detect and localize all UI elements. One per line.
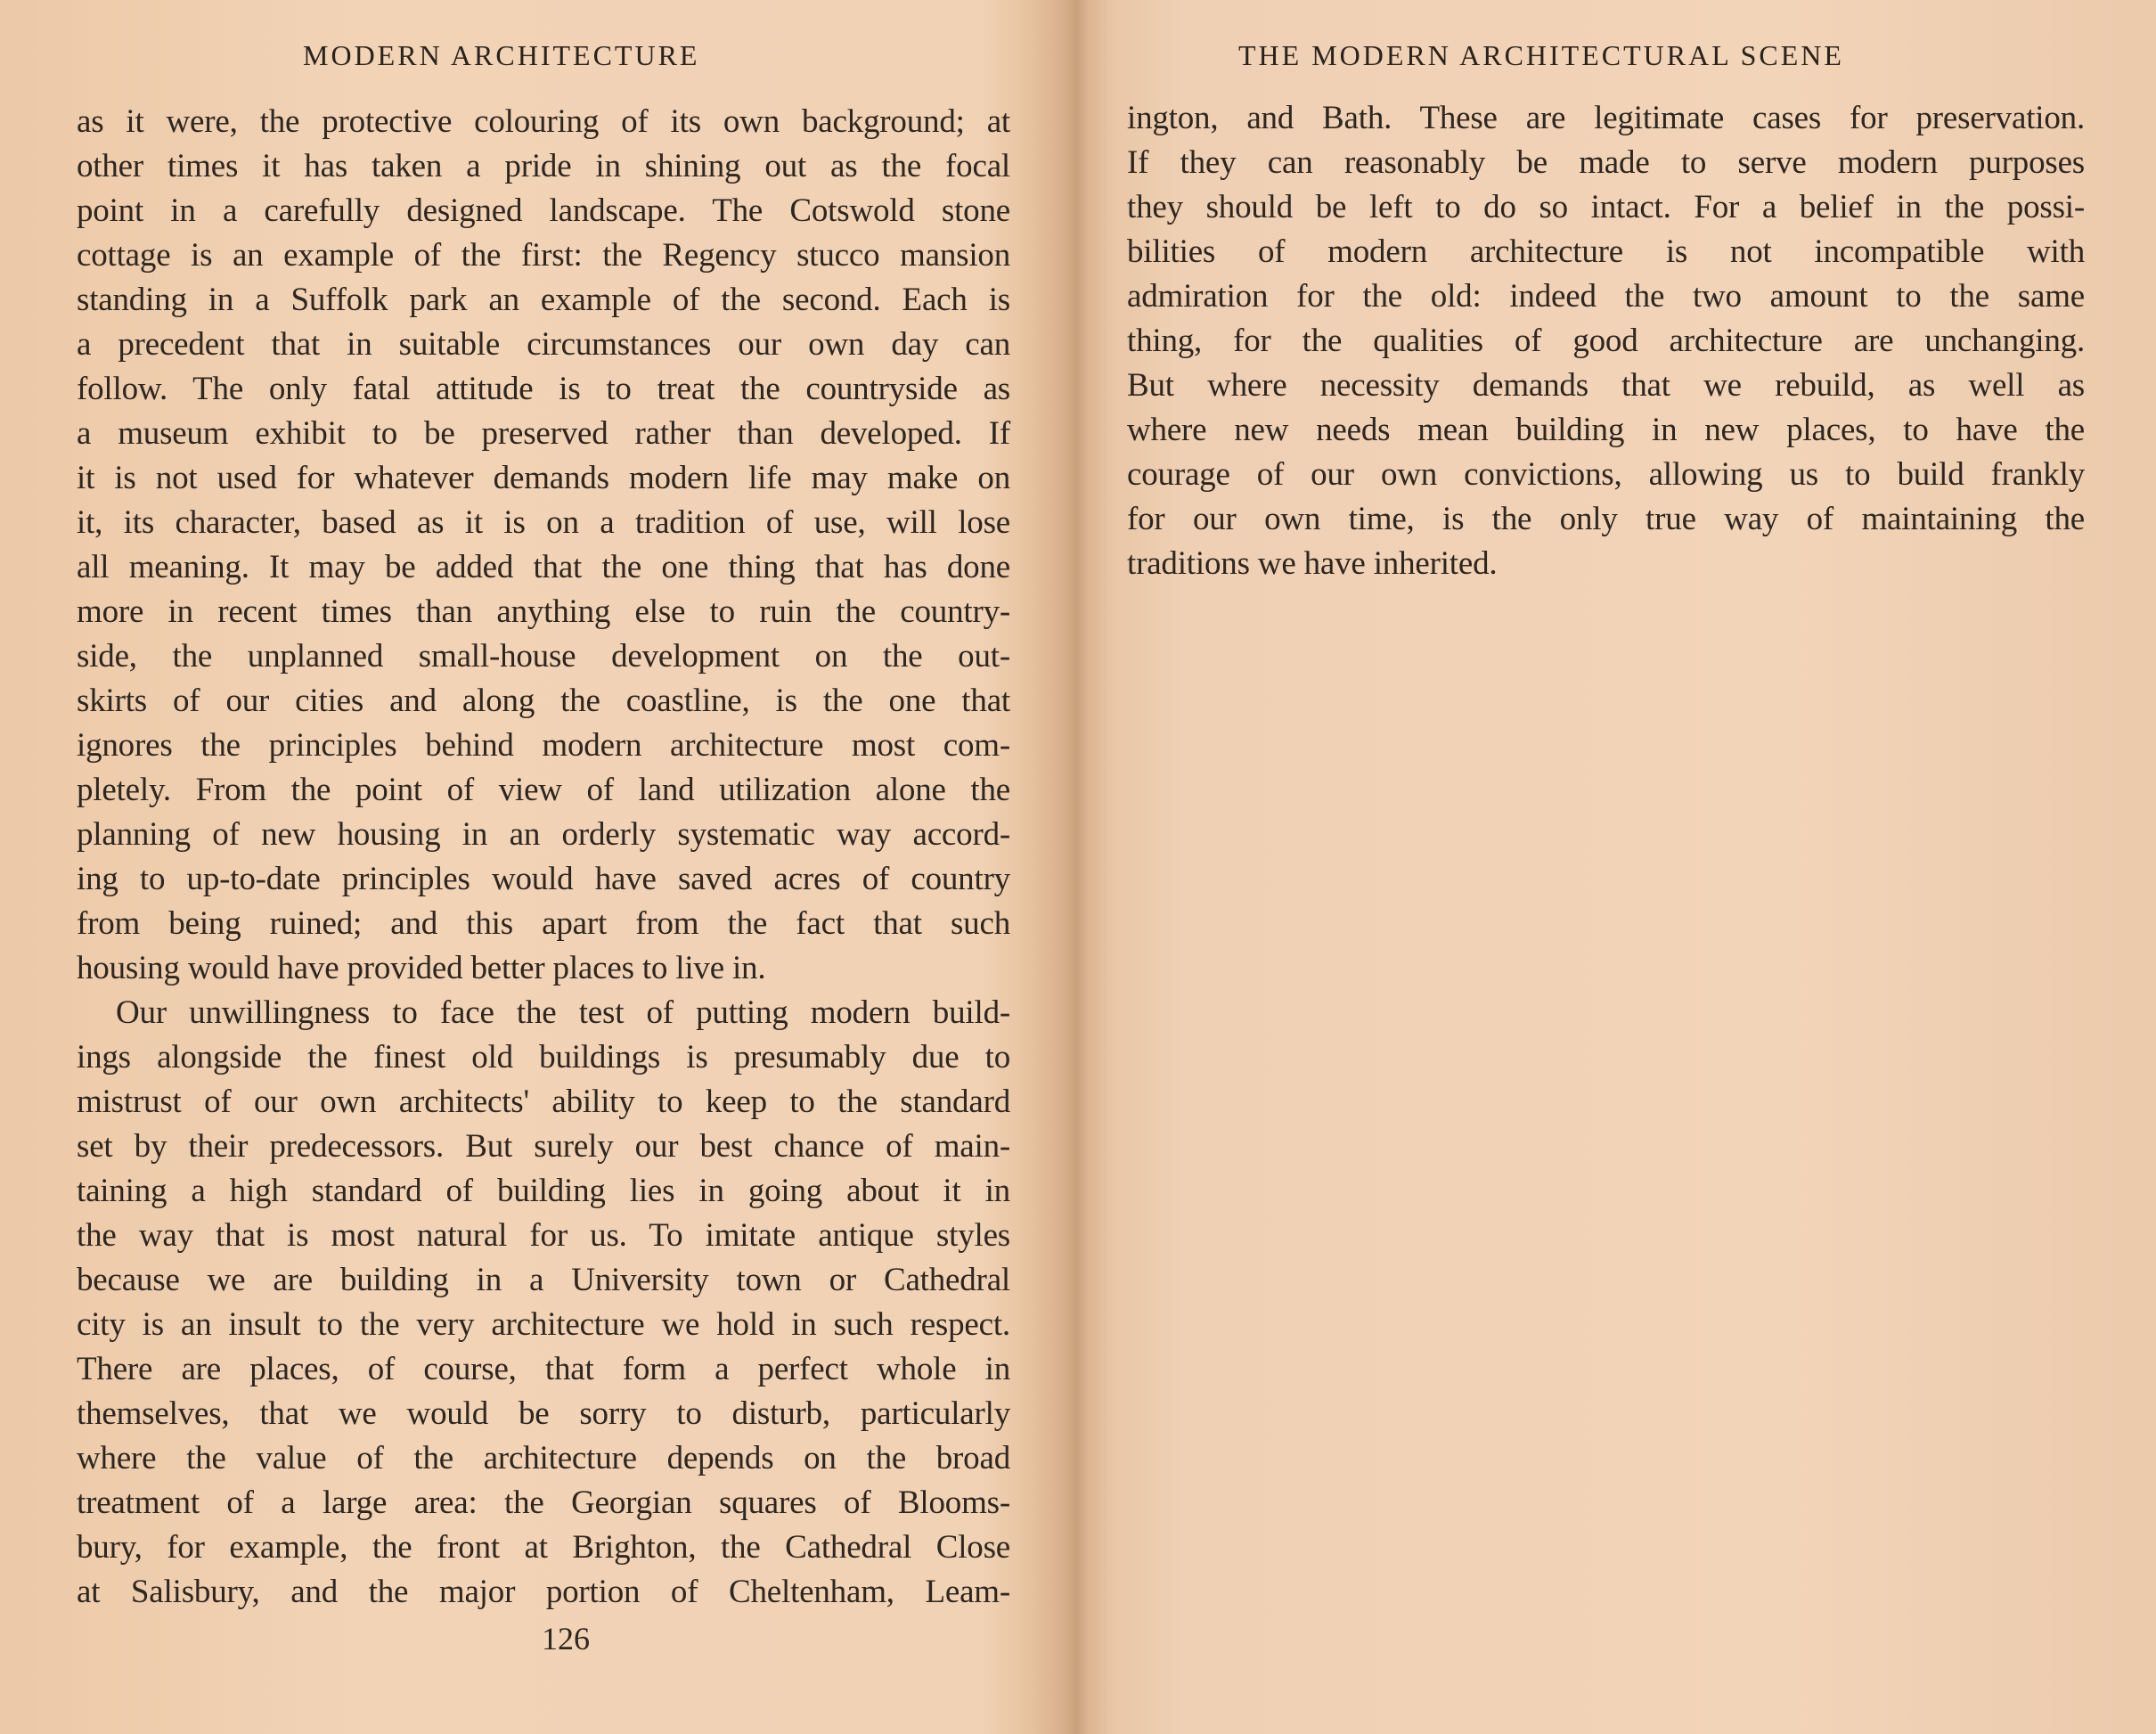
text-line: other times it has taken a pride in shin…: [77, 144, 1010, 189]
running-head-right: THE MODERN ARCHITECTURAL SCENE: [1238, 39, 1844, 72]
text-line: themselves, that we would be sorry to di…: [77, 1392, 1010, 1436]
text-line: skirts of our cities and along the coast…: [77, 679, 1010, 724]
text-line: follow. The only fatal attitude is to tr…: [77, 367, 1010, 412]
text-line: bilities of modern architecture is not i…: [1127, 230, 2085, 274]
text-line: taining a high standard of building lies…: [77, 1169, 1010, 1214]
text-line: as it were, the protective colouring of …: [77, 100, 1010, 144]
text-line: because we are building in a University …: [77, 1258, 1010, 1303]
text-line: courage of our own convictions, allowing…: [1127, 453, 2085, 497]
text-line: treatment of a large area: the Georgian …: [77, 1481, 1010, 1525]
text-line: ignores the principles behind modern arc…: [77, 724, 1010, 768]
text-line: side, the unplanned small-house developm…: [77, 634, 1010, 679]
text-line: where new needs mean building in new pla…: [1127, 408, 2085, 453]
text-line: bury, for example, the front at Brighton…: [77, 1525, 1010, 1570]
text-line: mistrust of our own architects' ability …: [77, 1080, 1010, 1125]
text-line: from being ruined; and this apart from t…: [77, 902, 1010, 946]
text-line: ings alongside the finest old buildings …: [77, 1035, 1010, 1080]
text-line: all meaning. It may be added that the on…: [77, 545, 1010, 590]
text-line: planning of new housing in an orderly sy…: [77, 813, 1010, 857]
right-page-body: ington, and Bath. These are legitimate c…: [1127, 96, 2085, 586]
text-line: it, its character, based as it is on a t…: [77, 501, 1010, 545]
text-line: ington, and Bath. These are legitimate c…: [1127, 96, 2085, 141]
text-line: the way that is most natural for us. To …: [77, 1214, 1010, 1258]
text-line: point in a carefully designed landscape.…: [77, 189, 1010, 233]
text-line: for our own time, is the only true way o…: [1127, 497, 2085, 542]
text-line: ing to up-to-date principles would have …: [77, 857, 1010, 902]
text-line: where the value of the architecture depe…: [77, 1436, 1010, 1481]
text-line: a precedent that in suitable circumstanc…: [77, 323, 1010, 367]
left-page: MODERN ARCHITECTURE as it were, the prot…: [0, 0, 1069, 1734]
book-spread: MODERN ARCHITECTURE as it were, the prot…: [0, 0, 2156, 1734]
page-number: 126: [542, 1620, 590, 1657]
text-line: more in recent times than anything else …: [77, 590, 1010, 634]
text-line: pletely. From the point of view of land …: [77, 768, 1010, 813]
text-line: admiration for the old: indeed the two a…: [1127, 274, 2085, 319]
text-line: If they can reasonably be made to serve …: [1127, 141, 2085, 185]
text-line: city is an insult to the very architectu…: [77, 1303, 1010, 1347]
text-line: traditions we have inherited.: [1127, 542, 2085, 586]
right-page: THE MODERN ARCHITECTURAL SCENE ington, a…: [1082, 0, 2156, 1734]
text-line: a museum exhibit to be preserved rather …: [77, 412, 1010, 456]
text-line: cottage is an example of the first: the …: [77, 233, 1010, 278]
text-line: thing, for the qualities of good archite…: [1127, 319, 2085, 364]
text-line: they should be left to do so intact. For…: [1127, 185, 2085, 230]
text-line: There are places, of course, that form a…: [77, 1347, 1010, 1392]
text-line: at Salisbury, and the major portion of C…: [77, 1570, 1010, 1615]
text-line: Our unwillingness to face the test of pu…: [77, 991, 1010, 1035]
text-line: housing would have provided better place…: [77, 946, 1010, 991]
text-line: But where necessity demands that we rebu…: [1127, 364, 2085, 408]
text-line: standing in a Suffolk park an example of…: [77, 278, 1010, 323]
text-line: it is not used for whatever demands mode…: [77, 456, 1010, 501]
left-page-body: as it were, the protective colouring of …: [77, 100, 1010, 1615]
running-head-left: MODERN ARCHITECTURE: [303, 39, 699, 72]
text-line: set by their predecessors. But surely ou…: [77, 1125, 1010, 1169]
